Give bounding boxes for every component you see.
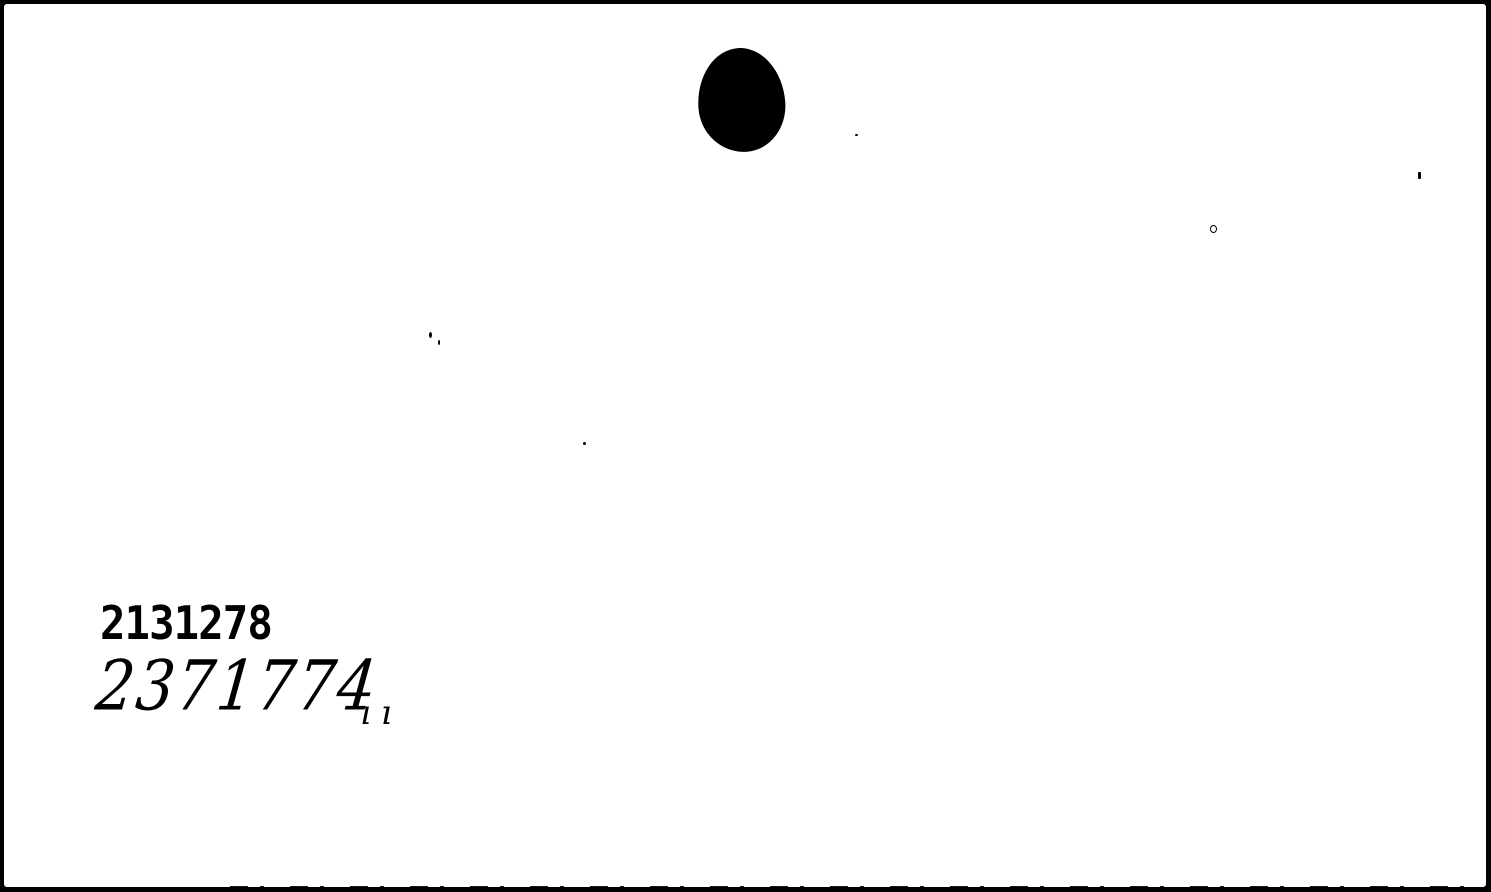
typed-number: 2131278 <box>100 600 272 646</box>
scanned-card: 2131278 2371774 ıı <box>4 4 1486 887</box>
ink-speck <box>855 134 858 136</box>
ink-speck <box>429 332 432 338</box>
handwritten-marks: ıı <box>360 696 402 730</box>
ink-speck <box>583 442 586 445</box>
ink-speck <box>438 340 440 345</box>
card-bottom-edge <box>230 886 1480 888</box>
ink-speck <box>1418 172 1421 179</box>
ink-speck <box>1210 225 1217 233</box>
handwritten-number: 2371774 <box>93 652 381 721</box>
punch-hole <box>694 45 788 155</box>
